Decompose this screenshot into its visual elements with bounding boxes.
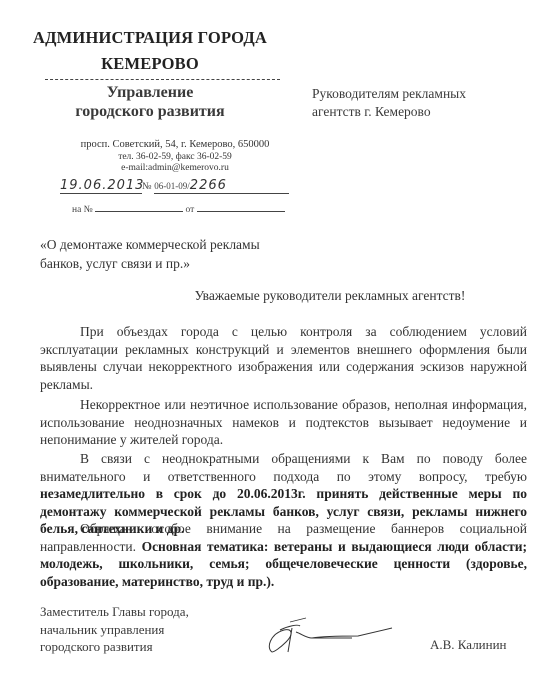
ref-from-label: от xyxy=(186,205,195,215)
org-name-line1: АДМИНИСТРАЦИЯ ГОРОДА xyxy=(0,28,300,48)
paragraph-2-text: Некорректное или неэтичное использование… xyxy=(40,397,527,447)
number-printed: 06-01-09/ xyxy=(154,181,190,191)
number-label: № xyxy=(142,181,152,192)
signatory-title-line3: городского развития xyxy=(40,638,240,656)
subject: «О демонтаже коммерческой рекламы банков… xyxy=(40,235,340,273)
subject-line1: «О демонтаже коммерческой рекламы xyxy=(40,235,340,254)
number-handwritten: 2266 xyxy=(190,178,227,193)
signatory-title-line1: Заместитель Главы города, xyxy=(40,603,240,621)
subject-line2: банков, услуг связи и пр.» xyxy=(40,254,340,273)
signatory-title-line2: начальник управления xyxy=(40,621,240,639)
email: e-mail:admin@kemerovo.ru xyxy=(25,163,325,173)
reference-line: на № от xyxy=(72,205,285,215)
signatory-title: Заместитель Главы города, начальник упра… xyxy=(40,603,240,656)
greeting: Уважаемые руководители рекламных агентст… xyxy=(120,288,540,304)
date-handwritten: 19.06.2013 xyxy=(60,178,142,194)
addressee: Руководителям рекламных агентств г. Кеме… xyxy=(312,85,542,121)
handwritten-signature xyxy=(262,612,402,662)
addressee-line2: агентств г. Кемерово xyxy=(312,103,542,121)
letterhead-divider xyxy=(45,79,280,80)
dept-name-line2: городского развития xyxy=(0,103,300,121)
phone-fax: тел. 36-02-59, факс 36-02-59 xyxy=(25,152,325,162)
signatory-name: А.В. Калинин xyxy=(430,637,507,653)
address: просп. Советский, 54, г. Кемерово, 65000… xyxy=(25,139,325,150)
paragraph-4: Обращаю особое внимание на размещение ба… xyxy=(40,520,527,590)
addressee-line1: Руководителям рекламных xyxy=(312,85,542,103)
dept-name-line1: Управление xyxy=(0,84,300,102)
paragraph-2: Некорректное или неэтичное использование… xyxy=(40,396,527,449)
paragraph-3-text: В связи с неоднократными обращениями к В… xyxy=(40,451,527,484)
registration-line: 19.06.2013№ 06-01-09/2266 xyxy=(60,178,300,196)
paragraph-1-text: При объездах города с целью контроля за … xyxy=(40,324,527,392)
ref-number-label: на № xyxy=(72,205,93,215)
org-name-line2: КЕМЕРОВО xyxy=(0,54,300,74)
paragraph-1: При объездах города с целью контроля за … xyxy=(40,323,527,393)
